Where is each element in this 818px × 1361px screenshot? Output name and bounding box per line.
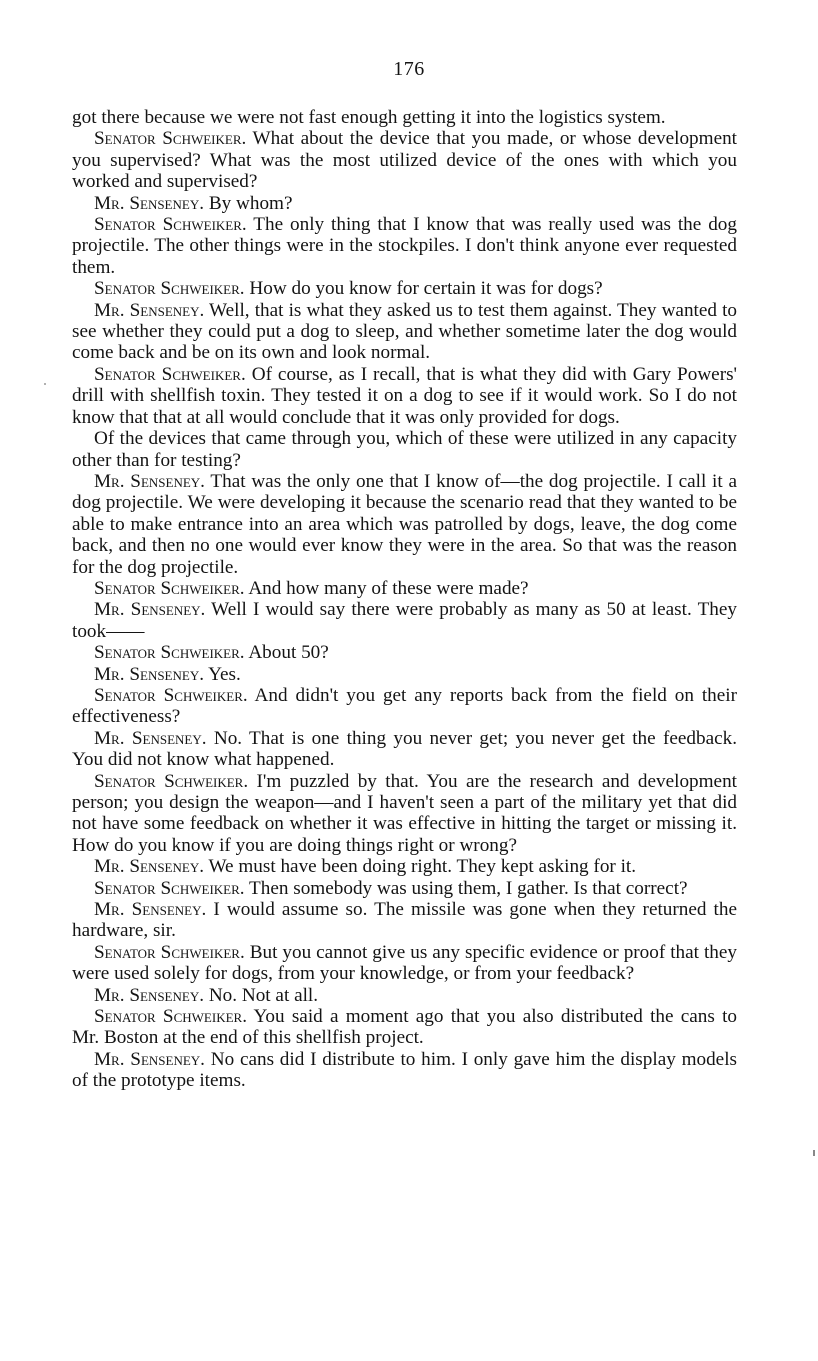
paragraph: Senator Schweiker. The only thing that I… [72, 214, 737, 278]
speaker-name: Senator Schweiker. [94, 128, 246, 149]
paragraph: Mr. Senseney. That was the only one that… [72, 471, 737, 578]
paragraph-text: And how many of these were made? [245, 578, 529, 599]
paragraph: Mr. Senseney. By whom? [72, 193, 737, 214]
paragraph-text: How do you know for certain it was for d… [245, 278, 603, 299]
paragraph: Mr. Senseney. No cans did I distribute t… [72, 1049, 737, 1092]
paragraph: Senator Schweiker. I'm puzzled by that. … [72, 771, 737, 857]
speaker-name: Mr. Senseney. [94, 899, 206, 920]
paragraph: Mr. Senseney. I would assume so. The mis… [72, 899, 737, 942]
paragraph: Mr. Senseney. Well I would say there wer… [72, 599, 737, 642]
paragraph-text: Of the devices that came through you, wh… [72, 428, 737, 470]
speaker-name: Senator Schweiker. [94, 214, 247, 235]
paragraph: Senator Schweiker. Then somebody was usi… [72, 878, 737, 899]
paragraph: Senator Schweiker. You said a moment ago… [72, 1006, 737, 1049]
speaker-name: Senator Schweiker. [94, 878, 245, 899]
speaker-name: Mr. Senseney. [94, 1049, 205, 1070]
speaker-name: Senator Schweiker. [94, 771, 248, 792]
paragraph-text: Then somebody was using them, I gather. … [245, 878, 688, 899]
paragraph: Mr. Senseney. We must have been doing ri… [72, 856, 737, 877]
paragraph: Senator Schweiker. About 50? [72, 642, 737, 663]
paragraph: Mr. Senseney. No. Not at all. [72, 985, 737, 1006]
paragraph: Mr. Senseney. No. That is one thing you … [72, 728, 737, 771]
transcript-body: got there because we were not fast enoug… [72, 107, 737, 1092]
paragraph: Senator Schweiker. But you cannot give u… [72, 942, 737, 985]
speaker-name: Mr. Senseney. [94, 664, 204, 685]
speaker-name: Senator Schweiker. [94, 278, 245, 299]
speaker-name: Mr. Senseney. [94, 599, 205, 620]
paragraph: Senator Schweiker. Of course, as I recal… [72, 364, 737, 428]
paragraph-text: About 50? [245, 642, 329, 663]
speaker-name: Senator Schweiker. [94, 364, 246, 385]
paragraph-continuation: got there because we were not fast enoug… [72, 107, 737, 128]
speaker-name: Senator Schweiker. [94, 642, 245, 663]
speaker-name: Mr. Senseney. [94, 193, 204, 214]
paragraph: Senator Schweiker. How do you know for c… [72, 278, 737, 299]
paragraph: Senator Schweiker. And how many of these… [72, 578, 737, 599]
paragraph: Senator Schweiker. And didn't you get an… [72, 685, 737, 728]
scan-speck [44, 383, 46, 385]
paragraph-text: got there because we were not fast enoug… [72, 107, 666, 128]
paragraph: Mr. Senseney. Yes. [72, 664, 737, 685]
speaker-name: Senator Schweiker. [94, 578, 245, 599]
paragraph: Senator Schweiker. What about the device… [72, 128, 737, 192]
speaker-name: Senator Schweiker. [94, 685, 248, 706]
speaker-name: Mr. Senseney. [94, 856, 204, 877]
scan-mark [813, 1150, 815, 1156]
speaker-name: Mr. Senseney. [94, 728, 207, 749]
paragraph-text: Yes. [204, 664, 241, 685]
speaker-name: Senator Schweiker. [94, 942, 245, 963]
paragraph-text: No. Not at all. [204, 985, 318, 1006]
scan-speck [77, 502, 79, 504]
paragraph: Mr. Senseney. Well, that is what they as… [72, 300, 737, 364]
speaker-name: Mr. Senseney. [94, 471, 205, 492]
page-number: 176 [0, 58, 818, 81]
paragraph-text: By whom? [204, 193, 292, 214]
speaker-name: Mr. Senseney. [94, 985, 204, 1006]
speaker-name: Senator Schweiker. [94, 1006, 247, 1027]
paragraph-text: We must have been doing right. They kept… [204, 856, 636, 877]
paragraph: Of the devices that came through you, wh… [72, 428, 737, 471]
speaker-name: Mr. Senseney. [94, 300, 204, 321]
